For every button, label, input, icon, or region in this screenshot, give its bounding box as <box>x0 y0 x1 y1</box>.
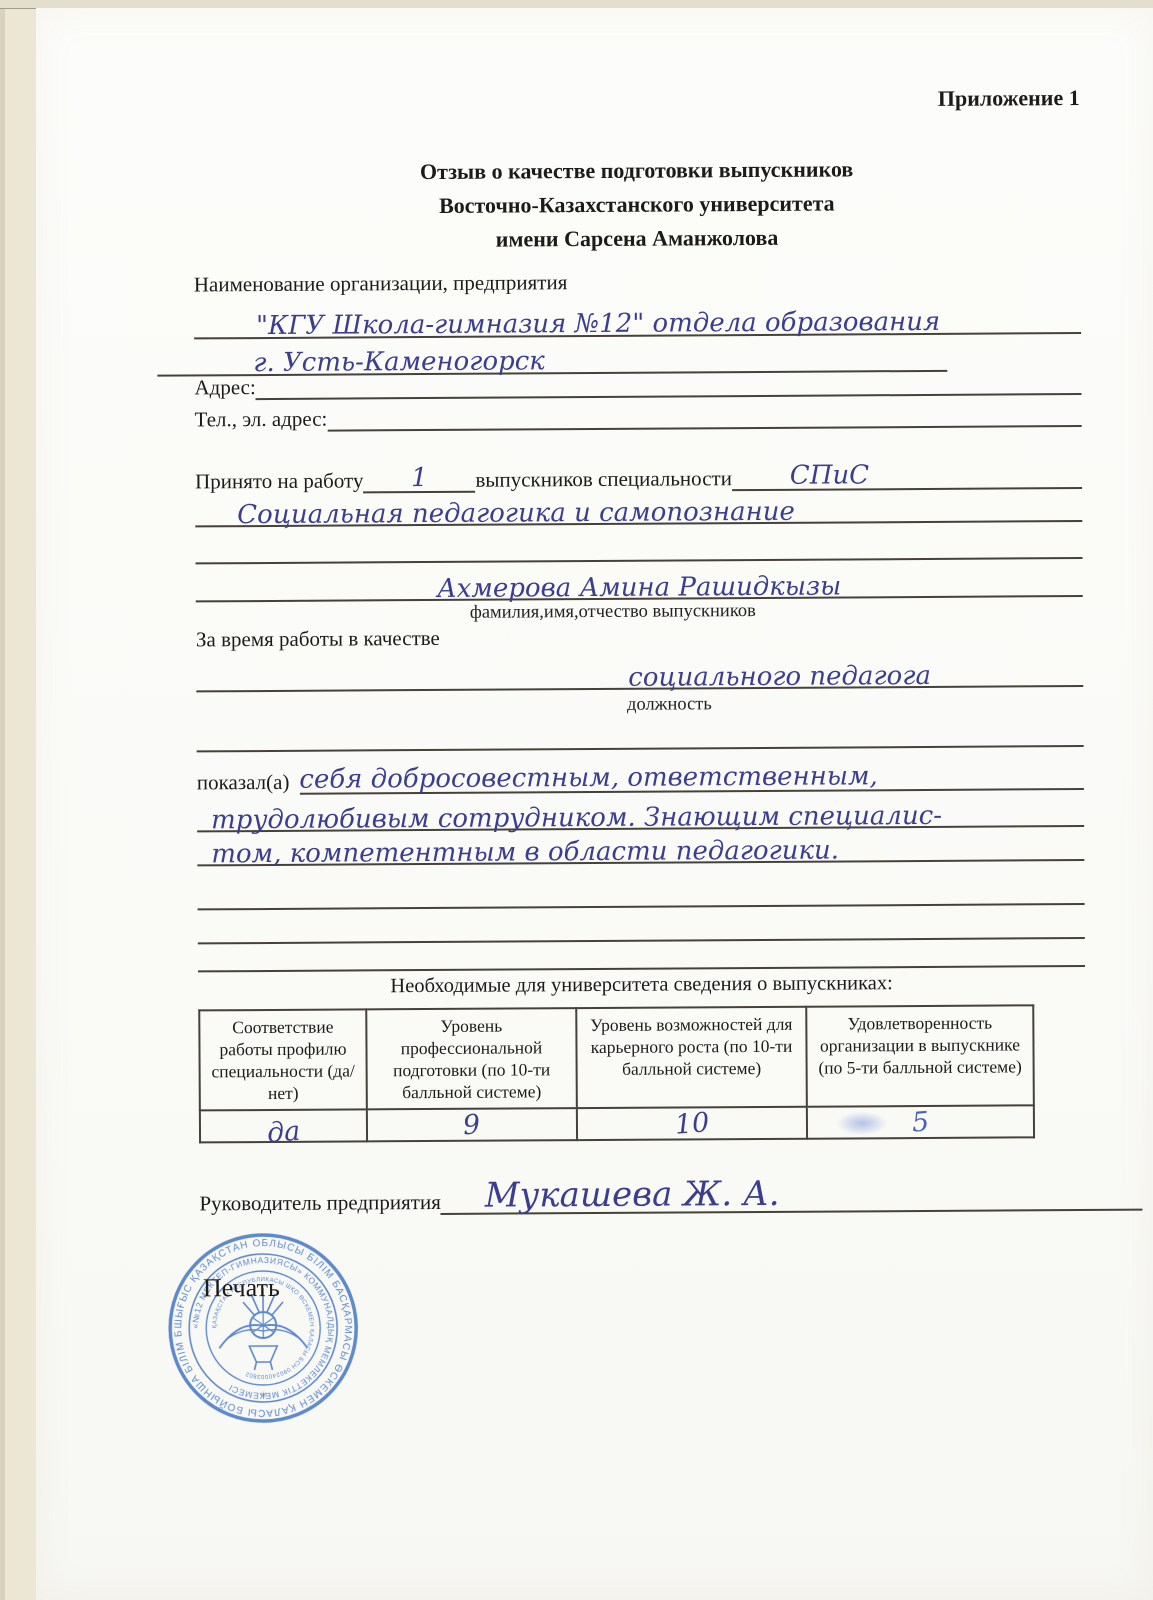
head-signature: Мукашева Ж. А. <box>441 1174 780 1216</box>
title-line-2: Восточно-Казахстанского университета <box>193 185 1080 224</box>
graduate-name-value: Ахмерова Амина Рашидкызы <box>437 573 841 601</box>
head-signature-line: Мукашева Ж. А. <box>441 1175 1143 1215</box>
head-row: Руководитель предприятия Мукашева Ж. А. <box>199 1163 1142 1217</box>
position-value: социального педагога <box>196 663 931 693</box>
showed-line-3: том, компетентным в области педагогики. <box>197 815 1084 866</box>
value-satisfaction-cell: 5 <box>807 1105 1034 1138</box>
phone-blank-line <box>327 425 1081 432</box>
col-header-satisfaction: Удовлетворенность организации в выпускни… <box>806 1005 1034 1106</box>
annex-label: Приложение 1 <box>938 85 1080 112</box>
value-professional-level-cell: 9 <box>367 1108 577 1141</box>
showed-text-3: том, компетентным в области педагогики. <box>197 838 839 868</box>
position-line: социального педагога <box>196 641 1083 692</box>
round-stamp: ШЫҒЫС ҚАЗАҚСТАН ОБЛЫСЫ БІЛІМ БАСҚАРМАСЫ … <box>163 1227 364 1428</box>
phone-row: Тел., эл. адрес: <box>194 389 1081 432</box>
phone-label: Тел., эл. адрес: <box>195 407 328 433</box>
col-header-professional-level: Уровень профессиональной подготовки (по … <box>366 1008 577 1109</box>
document-title: Отзыв о качестве подготовки выпускников … <box>193 151 1081 258</box>
table-heading-row: Необходимые для университета сведения о … <box>198 971 1085 999</box>
graduate-name-line: Ахмерова Амина Рашидкызы <box>195 551 1082 602</box>
table-heading: Необходимые для университета сведения о … <box>390 972 893 998</box>
scanner-background <box>0 0 36 1600</box>
head-label: Руководитель предприятия <box>199 1190 441 1216</box>
stamp-separator: ✳ <box>260 1390 268 1400</box>
stamp-seal-icon: ШЫҒЫС ҚАЗАҚСТАН ОБЛЫСЫ БІЛІМ БАСҚАРМАСЫ … <box>163 1227 364 1428</box>
value-profile-match: да <box>266 1117 301 1146</box>
blank-line <box>198 927 1085 972</box>
blank-line <box>196 701 1083 752</box>
graduate-info-table: Соответствие работы профилю специальност… <box>198 1004 1035 1143</box>
value-career-growth-cell: 10 <box>577 1107 807 1140</box>
value-satisfaction: 5 <box>911 1108 930 1136</box>
title-line-1: Отзыв о качестве подготовки выпускников <box>193 151 1080 190</box>
col-header-profile-match: Соответствие работы профилю специальност… <box>199 1009 367 1110</box>
col-header-career-growth: Уровень возможностей для карьерного рост… <box>576 1007 807 1108</box>
value-profile-match-cell: да <box>200 1109 367 1142</box>
graduate-caption: фамилия,имя,отчество выпускников <box>196 599 1030 625</box>
table-values-row: да 9 10 5 <box>200 1105 1034 1142</box>
value-professional-level: 9 <box>462 1111 481 1139</box>
ink-smudge <box>836 1111 888 1135</box>
value-career-growth: 10 <box>674 1109 710 1139</box>
stamp-caption: Печать <box>203 1273 280 1303</box>
table-header-row: Соответствие работы профилю специальност… <box>199 1005 1034 1110</box>
document-page: Приложение 1 Отзыв о качестве подготовки… <box>36 8 1153 1600</box>
title-line-3: имени Сарсена Аманжолова <box>193 219 1080 258</box>
annex-row: Приложение 1 <box>193 85 1080 116</box>
